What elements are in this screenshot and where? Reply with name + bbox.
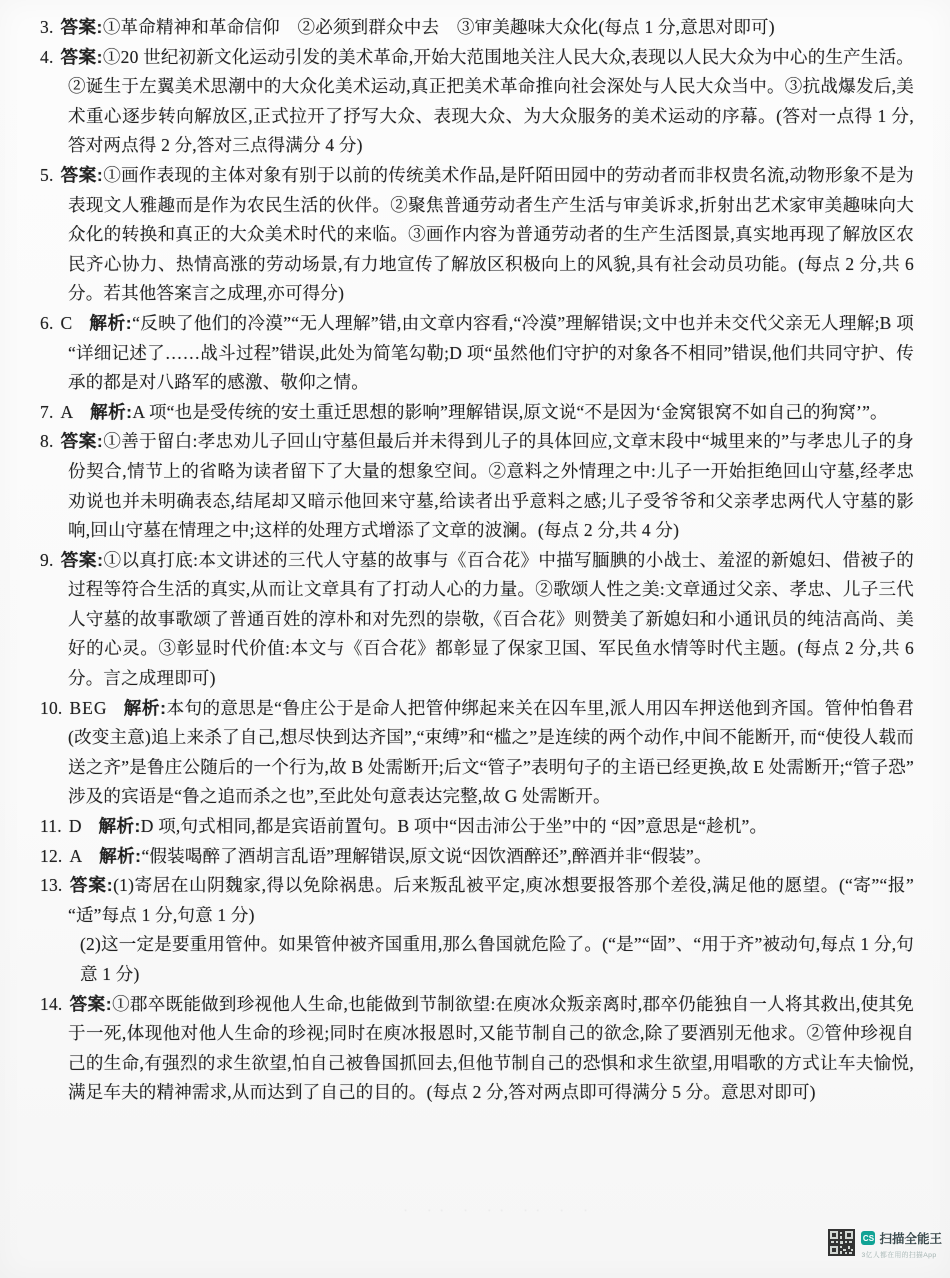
answer-label: 答案:	[61, 165, 104, 185]
item-number: 11.	[40, 816, 69, 836]
answer-text: ①郡卒既能做到珍视他人生命,也能做到节制欲望:在庾冰众叛亲离时,郡卒仍能独自一人…	[68, 994, 914, 1103]
answer-paragraph: 9.答案:①以真打底:本文讲述的三代人守墓的故事与《百合花》中描写腼腆的小战士、…	[68, 546, 914, 694]
item-number: 7.	[40, 402, 61, 422]
answer-item: 5.答案:①画作表现的主体对象有别于以前的传统美术作品,是阡陌田园中的劳动者而非…	[40, 161, 914, 309]
item-number: 6.	[40, 313, 61, 333]
answer-paragraph: 7.A解析:A 项“也是受传统的安土重迁思想的影响”理解错误,原文说“不是因为‘…	[68, 398, 914, 428]
item-number: 13.	[40, 875, 69, 895]
answer-list: 3.答案:①革命精神和革命信仰 ②必须到群众中去 ③审美趣味大众化(每点 1 分…	[40, 13, 914, 1108]
answer-label: 答案:	[61, 550, 104, 570]
answer-label: 答案:	[69, 875, 113, 895]
answer-paragraph: 3.答案:①革命精神和革命信仰 ②必须到群众中去 ③审美趣味大众化(每点 1 分…	[68, 13, 914, 43]
answer-paragraph: 6.C解析:“反映了他们的冷漠”“无人理解”错,由文章内容看,“冷漠”理解错误;…	[68, 309, 914, 398]
answer-label: 答案:	[61, 47, 103, 67]
watermark-tagline: 3亿人都在用的扫描App	[861, 1249, 942, 1259]
item-number: 12.	[40, 846, 69, 866]
answer-letter: BEG	[69, 698, 123, 718]
scanned-answer-page: 3.答案:①革命精神和革命信仰 ②必须到群众中去 ③审美趣味大众化(每点 1 分…	[0, 0, 950, 1278]
answer-text: 本句的意思是“鲁庄公于是命人把管仲绑起来关在囚车里,派人用囚车押送他到齐国。管仲…	[68, 698, 914, 807]
watermark-text-block: CS 扫描全能王 3亿人都在用的扫描App	[861, 1229, 942, 1259]
answer-subparagraph: (2)这一定是要重用管仲。如果管仲被齐国重用,那么鲁国就危险了。(“是”“固”、…	[80, 930, 914, 989]
answer-paragraph: 11.D解析:D 项,句式相同,都是宾语前置句。B 项中“因击沛公于坐”中的 “…	[68, 812, 914, 842]
answer-paragraph: 12.A解析:“假装喝醉了酒胡言乱语”理解错误,原文说“因饮酒醉还”,醉酒并非“…	[68, 842, 914, 872]
answer-text: “假装喝醉了酒胡言乱语”理解错误,原文说“因饮酒醉还”,醉酒并非“假装”。	[141, 846, 711, 866]
answer-paragraph: 4.答案:①20 世纪初新文化运动引发的美术革命,开始大范围地关注人民大众,表现…	[68, 43, 914, 161]
answer-label: 解析:	[89, 313, 132, 333]
answer-item: 12.A解析:“假装喝醉了酒胡言乱语”理解错误,原文说“因饮酒醉还”,醉酒并非“…	[40, 842, 914, 872]
item-number: 4.	[40, 47, 61, 67]
item-number: 10.	[40, 698, 69, 718]
answer-letter: A	[69, 846, 99, 866]
answer-paragraph: 5.答案:①画作表现的主体对象有别于以前的传统美术作品,是阡陌田园中的劳动者而非…	[68, 161, 914, 309]
answer-item: 14.答案:①郡卒既能做到珍视他人生命,也能做到节制欲望:在庾冰众叛亲离时,郡卒…	[40, 990, 914, 1108]
item-number: 5.	[40, 165, 61, 185]
answer-item: 9.答案:①以真打底:本文讲述的三代人守墓的故事与《百合花》中描写腼腆的小战士、…	[40, 546, 914, 694]
item-number: 14.	[40, 994, 69, 1014]
answer-label: 答案:	[61, 431, 104, 451]
qr-code-icon	[828, 1229, 855, 1256]
answer-label: 解析:	[90, 402, 132, 422]
answer-label: 解析:	[123, 698, 166, 718]
answer-paragraph: 8.答案:①善于留白:孝忠劝儿子回山守墓但最后并未得到儿子的具体回应,文章末段中…	[68, 427, 914, 545]
answer-paragraph: 14.答案:①郡卒既能做到珍视他人生命,也能做到节制欲望:在庾冰众叛亲离时,郡卒…	[68, 990, 914, 1108]
answer-text: ①20 世纪初新文化运动引发的美术革命,开始大范围地关注人民大众,表现以人民大众…	[68, 47, 914, 156]
answer-label: 解析:	[99, 846, 141, 866]
faint-footer-text: · ·· · ·· ·· · ·	[320, 1206, 680, 1217]
answer-label: 解析:	[98, 816, 140, 836]
answer-item: 4.答案:①20 世纪初新文化运动引发的美术革命,开始大范围地关注人民大众,表现…	[40, 43, 914, 161]
answer-item: 13.答案:(1)寄居在山阴魏家,得以免除祸患。后来叛乱被平定,庾冰想要报答那个…	[40, 871, 914, 989]
watermark-app-name: 扫描全能王	[879, 1229, 942, 1247]
item-number: 8.	[40, 431, 61, 451]
answer-label: 答案:	[61, 17, 103, 37]
answer-text: ①革命精神和革命信仰 ②必须到群众中去 ③审美趣味大众化(每点 1 分,意思对即…	[103, 17, 775, 37]
answer-item: 11.D解析:D 项,句式相同,都是宾语前置句。B 项中“因击沛公于坐”中的 “…	[40, 812, 914, 842]
camscanner-watermark: CS 扫描全能王 3亿人都在用的扫描App	[828, 1229, 942, 1259]
answer-paragraph: 10.BEG解析:本句的意思是“鲁庄公于是命人把管仲绑起来关在囚车里,派人用囚车…	[68, 694, 914, 812]
answer-text: ①善于留白:孝忠劝儿子回山守墓但最后并未得到儿子的具体回应,文章末段中“城里来的…	[68, 431, 914, 540]
answer-item: 8.答案:①善于留白:孝忠劝儿子回山守墓但最后并未得到儿子的具体回应,文章末段中…	[40, 427, 914, 545]
answer-letter: D	[69, 816, 99, 836]
answer-text: ①以真打底:本文讲述的三代人守墓的故事与《百合花》中描写腼腆的小战士、羞涩的新媳…	[68, 550, 914, 688]
answer-item: 7.A解析:A 项“也是受传统的安土重迁思想的影响”理解错误,原文说“不是因为‘…	[40, 398, 914, 428]
answer-text: D 项,句式相同,都是宾语前置句。B 项中“因击沛公于坐”中的 “因”意思是“趁…	[141, 816, 767, 836]
item-number: 9.	[40, 550, 61, 570]
answer-text: (1)寄居在山阴魏家,得以免除祸患。后来叛乱被平定,庾冰想要报答那个差役,满足他…	[68, 875, 914, 925]
cs-app-badge-icon: CS	[861, 1231, 875, 1245]
answer-item: 10.BEG解析:本句的意思是“鲁庄公于是命人把管仲绑起来关在囚车里,派人用囚车…	[40, 694, 914, 812]
answer-text: “反映了他们的冷漠”“无人理解”错,由文章内容看,“冷漠”理解错误;文中也并未交…	[68, 313, 914, 392]
item-number: 3.	[40, 17, 61, 37]
answer-letter: A	[61, 402, 91, 422]
answer-text: ①画作表现的主体对象有别于以前的传统美术作品,是阡陌田园中的劳动者而非权贵名流,…	[68, 165, 914, 303]
answer-text: A 项“也是受传统的安土重迁思想的影响”理解错误,原文说“不是因为‘金窝银窝不如…	[133, 402, 888, 422]
answer-label: 答案:	[69, 994, 112, 1014]
answer-letter: C	[61, 313, 90, 333]
answer-item: 3.答案:①革命精神和革命信仰 ②必须到群众中去 ③审美趣味大众化(每点 1 分…	[40, 13, 914, 43]
answer-paragraph: 13.答案:(1)寄居在山阴魏家,得以免除祸患。后来叛乱被平定,庾冰想要报答那个…	[68, 871, 914, 930]
answer-item: 6.C解析:“反映了他们的冷漠”“无人理解”错,由文章内容看,“冷漠”理解错误;…	[40, 309, 914, 398]
